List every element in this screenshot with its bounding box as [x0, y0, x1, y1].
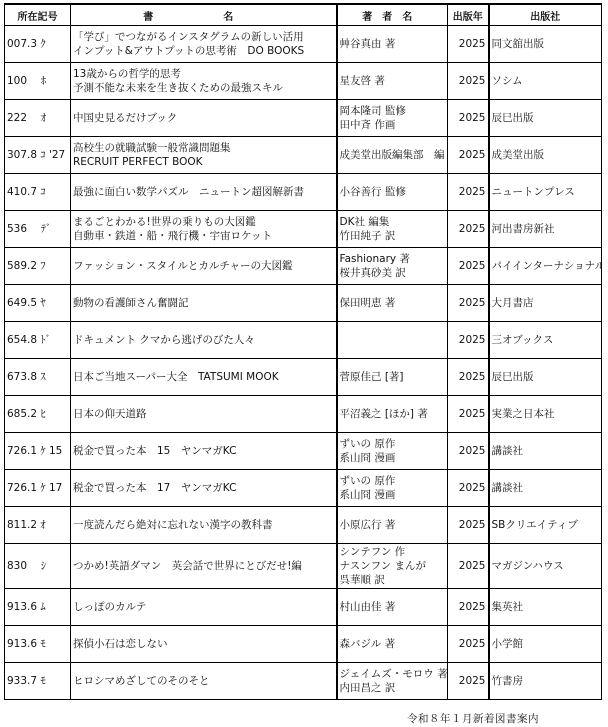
- table-row: 726.1 ｹ 17税金で買った本 17 ヤンマガKCずいの 原作系山冏 漫画2…: [5, 470, 602, 507]
- table-row: 726.1 ｹ 15税金で買った本 15 ヤンマガKCずいの 原作系山冏 漫画2…: [5, 433, 602, 470]
- year-cell: 2025: [448, 63, 489, 100]
- title-line: しっぽのカルテ: [73, 600, 334, 614]
- books-table: 所在記号 書 名 著者名 出版年 出版社 007.3 ｸ「学び」でつながるインス…: [4, 3, 602, 700]
- author-line: Fashionary 著: [340, 252, 446, 266]
- header-title: 書 名: [71, 4, 337, 26]
- year-cell: 2025: [448, 589, 489, 626]
- author-line: 内田昌之 訳: [340, 681, 446, 695]
- title-cell: つかめ!英語ダマン 英会話で世界にとびだせ!編: [71, 544, 337, 589]
- publisher-cell: 河出書房新社: [489, 211, 602, 248]
- author-line: DK社 編集: [340, 215, 446, 229]
- call-number-cell: 410.7 ｺ: [5, 174, 71, 211]
- author-line: 系山冏 漫画: [340, 488, 446, 502]
- title-line: 一度読んだら絶対に忘れない漢字の教科書: [73, 518, 334, 532]
- author-cell: 小原広行 著: [337, 507, 448, 544]
- year-cell: 2025: [448, 26, 489, 63]
- table-row: 649.5 ﾔ動物の看護師さん奮闘記保田明恵 著2025大月書店: [5, 285, 602, 322]
- table-row: 933.7 ﾓヒロシマめざしてのそのそとジェイムズ・モロウ 著内田昌之 訳202…: [5, 663, 602, 700]
- table-row: 811.2 ｵ一度読んだら絶対に忘れない漢字の教科書小原広行 著2025SBクリ…: [5, 507, 602, 544]
- title-cell: 一度読んだら絶対に忘れない漢字の教科書: [71, 507, 337, 544]
- author-cell: 村山由佳 著: [337, 589, 448, 626]
- year-cell: 2025: [448, 396, 489, 433]
- title-cell: 税金で買った本 17 ヤンマガKC: [71, 470, 337, 507]
- author-cell: ずいの 原作系山冏 漫画: [337, 470, 448, 507]
- author-cell: 森バジル 著: [337, 626, 448, 663]
- author-line: 艸谷真由 著: [340, 37, 446, 51]
- title-line: 日本ご当地スーパー大全 TATSUMI MOOK: [73, 370, 334, 384]
- title-cell: 最強に面白い数学パズル ニュートン超図解新書: [71, 174, 337, 211]
- year-cell: 2025: [448, 663, 489, 700]
- author-cell: 平沼義之 [ほか] 著: [337, 396, 448, 433]
- author-line: ずいの 原作: [340, 437, 446, 451]
- author-cell: ずいの 原作系山冏 漫画: [337, 433, 448, 470]
- title-line: ヒロシマめざしてのそのそと: [73, 674, 334, 688]
- year-cell: 2025: [448, 433, 489, 470]
- author-line: 田中斉 作画: [340, 118, 446, 132]
- author-line: シンテフン 作: [340, 545, 446, 559]
- title-line: RECRUIT PERFECT BOOK: [73, 155, 334, 169]
- publisher-cell: 小学館: [489, 626, 602, 663]
- title-cell: 13歳からの哲学的思考予測不能な未来を生き抜くための最強スキル: [71, 63, 337, 100]
- publisher-cell: 辰巳出版: [489, 359, 602, 396]
- author-line: 桜井真砂美 訳: [340, 266, 446, 280]
- title-line: 13歳からの哲学的思考: [73, 67, 334, 81]
- year-cell: 2025: [448, 285, 489, 322]
- header-author: 著者名: [337, 4, 448, 26]
- author-cell: シンテフン 作ナスンフン まんが呉華順 訳: [337, 544, 448, 589]
- author-cell: ジェイムズ・モロウ 著内田昌之 訳: [337, 663, 448, 700]
- author-line: 小谷善行 監修: [340, 185, 446, 199]
- year-cell: 2025: [448, 248, 489, 285]
- year-cell: 2025: [448, 174, 489, 211]
- call-number-cell: 830 ｼ: [5, 544, 71, 589]
- year-cell: 2025: [448, 507, 489, 544]
- publisher-cell: 講談社: [489, 433, 602, 470]
- title-line: 探偵小石は恋しない: [73, 637, 334, 651]
- year-cell: 2025: [448, 322, 489, 359]
- table-row: 830 ｼつかめ!英語ダマン 英会話で世界にとびだせ!編シンテフン 作ナスンフン…: [5, 544, 602, 589]
- author-cell: [337, 322, 448, 359]
- title-line: 予測不能な未来を生き抜くための最強スキル: [73, 81, 334, 95]
- call-number-cell: 307.8 ｺ '27: [5, 137, 71, 174]
- author-line: 竹田純子 訳: [340, 229, 446, 243]
- author-line: 小原広行 著: [340, 518, 446, 532]
- publisher-cell: パイインターナショナル: [489, 248, 602, 285]
- call-number-cell: 649.5 ﾔ: [5, 285, 71, 322]
- year-cell: 2025: [448, 359, 489, 396]
- title-cell: ヒロシマめざしてのそのそと: [71, 663, 337, 700]
- title-line: 動物の看護師さん奮闘記: [73, 296, 334, 310]
- header-call-number: 所在記号: [5, 4, 71, 26]
- author-cell: 保田明恵 著: [337, 285, 448, 322]
- publisher-cell: ニュートンプレス: [489, 174, 602, 211]
- title-line: 日本の仰天道路: [73, 407, 334, 421]
- title-cell: ドキュメント クマから逃げのびた人々: [71, 322, 337, 359]
- title-cell: ファッション・スタイルとカルチャーの大図鑑: [71, 248, 337, 285]
- publisher-cell: 竹書房: [489, 663, 602, 700]
- year-cell: 2025: [448, 626, 489, 663]
- call-number-cell: 913.6 ﾑ: [5, 589, 71, 626]
- author-line: 岡本隆司 監修: [340, 104, 446, 118]
- publisher-cell: SBクリエイティブ: [489, 507, 602, 544]
- title-line: ファッション・スタイルとカルチャーの大図鑑: [73, 259, 334, 273]
- title-cell: 動物の看護師さん奮闘記: [71, 285, 337, 322]
- call-number-cell: 222 ｵ: [5, 100, 71, 137]
- table-row: 685.2 ﾋ日本の仰天道路平沼義之 [ほか] 著2025実業之日本社: [5, 396, 602, 433]
- call-number-cell: 726.1 ｹ 17: [5, 470, 71, 507]
- title-line: 「学び」でつながるインスタグラムの新しい活用: [73, 30, 334, 44]
- author-line: 系山冏 漫画: [340, 451, 446, 465]
- header-year: 出版年: [448, 4, 489, 26]
- author-line: 森バジル 著: [340, 637, 446, 651]
- author-line: ジェイムズ・モロウ 著: [340, 667, 446, 681]
- publisher-cell: 同文舘出版: [489, 26, 602, 63]
- author-line: 村山由佳 著: [340, 600, 446, 614]
- call-number-cell: 673.8 ｽ: [5, 359, 71, 396]
- call-number-cell: 589.2 ﾌ: [5, 248, 71, 285]
- author-cell: 成美堂出版編集部 編: [337, 137, 448, 174]
- title-cell: 中国史見るだけブック: [71, 100, 337, 137]
- call-number-cell: 685.2 ﾋ: [5, 396, 71, 433]
- year-cell: 2025: [448, 544, 489, 589]
- author-cell: 菅原佳己 [著]: [337, 359, 448, 396]
- table-row: 654.8 ﾄﾞドキュメント クマから逃げのびた人々2025三オブックス: [5, 322, 602, 359]
- title-line: 高校生の就職試験一般常識問題集: [73, 141, 334, 155]
- author-cell: 小谷善行 監修: [337, 174, 448, 211]
- title-cell: 日本の仰天道路: [71, 396, 337, 433]
- year-cell: 2025: [448, 137, 489, 174]
- call-number-cell: 007.3 ｸ: [5, 26, 71, 63]
- table-row: 673.8 ｽ日本ご当地スーパー大全 TATSUMI MOOK菅原佳己 [著]2…: [5, 359, 602, 396]
- publisher-cell: 成美堂出版: [489, 137, 602, 174]
- author-line: ナスンフン まんが: [340, 559, 446, 573]
- title-cell: 「学び」でつながるインスタグラムの新しい活用インプット&アウトプットの思考術 D…: [71, 26, 337, 63]
- year-cell: 2025: [448, 211, 489, 248]
- header-publisher: 出版社: [489, 4, 602, 26]
- table-row: 913.6 ﾑしっぽのカルテ村山由佳 著2025集英社: [5, 589, 602, 626]
- publisher-cell: 大月書店: [489, 285, 602, 322]
- table-row: 307.8 ｺ '27高校生の就職試験一般常識問題集RECRUIT PERFEC…: [5, 137, 602, 174]
- title-line: ドキュメント クマから逃げのびた人々: [73, 333, 334, 347]
- author-line: 平沼義之 [ほか] 著: [340, 407, 446, 421]
- year-cell: 2025: [448, 100, 489, 137]
- table-row: 222 ｵ中国史見るだけブック岡本隆司 監修田中斉 作画2025辰巳出版: [5, 100, 602, 137]
- title-cell: 税金で買った本 15 ヤンマガKC: [71, 433, 337, 470]
- title-line: インプット&アウトプットの思考術 DO BOOKS: [73, 44, 334, 58]
- publisher-cell: 実業之日本社: [489, 396, 602, 433]
- books-table-body: 007.3 ｸ「学び」でつながるインスタグラムの新しい活用インプット&アウトプッ…: [5, 26, 602, 700]
- publisher-cell: 辰巳出版: [489, 100, 602, 137]
- call-number-cell: 913.6 ﾓ: [5, 626, 71, 663]
- author-line: ずいの 原作: [340, 474, 446, 488]
- author-cell: 岡本隆司 監修田中斉 作画: [337, 100, 448, 137]
- call-number-cell: 536 ﾃﾞ: [5, 211, 71, 248]
- title-cell: しっぽのカルテ: [71, 589, 337, 626]
- table-row: 589.2 ﾌファッション・スタイルとカルチャーの大図鑑Fashionary 著…: [5, 248, 602, 285]
- title-line: 最強に面白い数学パズル ニュートン超図解新書: [73, 185, 334, 199]
- author-cell: Fashionary 著桜井真砂美 訳: [337, 248, 448, 285]
- call-number-cell: 933.7 ﾓ: [5, 663, 71, 700]
- call-number-cell: 100 ﾎ: [5, 63, 71, 100]
- author-line: 呉華順 訳: [340, 573, 446, 587]
- table-row: 007.3 ｸ「学び」でつながるインスタグラムの新しい活用インプット&アウトプッ…: [5, 26, 602, 63]
- header-row: 所在記号 書 名 著者名 出版年 出版社: [5, 4, 602, 26]
- table-row: 410.7 ｺ最強に面白い数学パズル ニュートン超図解新書小谷善行 監修2025…: [5, 174, 602, 211]
- table-row: 536 ﾃﾞまるごとわかる!世界の乗りもの大図鑑自動車・鉄道・船・飛行機・宇宙ロ…: [5, 211, 602, 248]
- title-cell: 探偵小石は恋しない: [71, 626, 337, 663]
- author-line: 成美堂出版編集部 編: [340, 148, 446, 162]
- author-line: 星友啓 著: [340, 74, 446, 88]
- author-cell: 艸谷真由 著: [337, 26, 448, 63]
- call-number-cell: 726.1 ｹ 15: [5, 433, 71, 470]
- title-line: 自動車・鉄道・船・飛行機・宇宙ロケット: [73, 229, 334, 243]
- author-line: 菅原佳己 [著]: [340, 370, 446, 384]
- footer-caption: 令和８年１月新着図書案内: [407, 711, 539, 726]
- title-cell: まるごとわかる!世界の乗りもの大図鑑自動車・鉄道・船・飛行機・宇宙ロケット: [71, 211, 337, 248]
- title-line: まるごとわかる!世界の乗りもの大図鑑: [73, 215, 334, 229]
- new-books-list: 所在記号 書 名 著者名 出版年 出版社 007.3 ｸ「学び」でつながるインス…: [4, 3, 601, 700]
- author-cell: DK社 編集竹田純子 訳: [337, 211, 448, 248]
- table-row: 913.6 ﾓ探偵小石は恋しない森バジル 著2025小学館: [5, 626, 602, 663]
- year-cell: 2025: [448, 470, 489, 507]
- title-line: 中国史見るだけブック: [73, 111, 334, 125]
- title-cell: 日本ご当地スーパー大全 TATSUMI MOOK: [71, 359, 337, 396]
- title-line: 税金で買った本 15 ヤンマガKC: [73, 444, 334, 458]
- publisher-cell: 講談社: [489, 470, 602, 507]
- author-line: 保田明恵 著: [340, 296, 446, 310]
- publisher-cell: 集英社: [489, 589, 602, 626]
- call-number-cell: 654.8 ﾄﾞ: [5, 322, 71, 359]
- publisher-cell: マガジンハウス: [489, 544, 602, 589]
- table-row: 100 ﾎ13歳からの哲学的思考予測不能な未来を生き抜くための最強スキル星友啓 …: [5, 63, 602, 100]
- publisher-cell: ソシム: [489, 63, 602, 100]
- call-number-cell: 811.2 ｵ: [5, 507, 71, 544]
- publisher-cell: 三オブックス: [489, 322, 602, 359]
- title-line: つかめ!英語ダマン 英会話で世界にとびだせ!編: [73, 559, 334, 573]
- title-line: 税金で買った本 17 ヤンマガKC: [73, 481, 334, 495]
- title-cell: 高校生の就職試験一般常識問題集RECRUIT PERFECT BOOK: [71, 137, 337, 174]
- author-cell: 星友啓 著: [337, 63, 448, 100]
